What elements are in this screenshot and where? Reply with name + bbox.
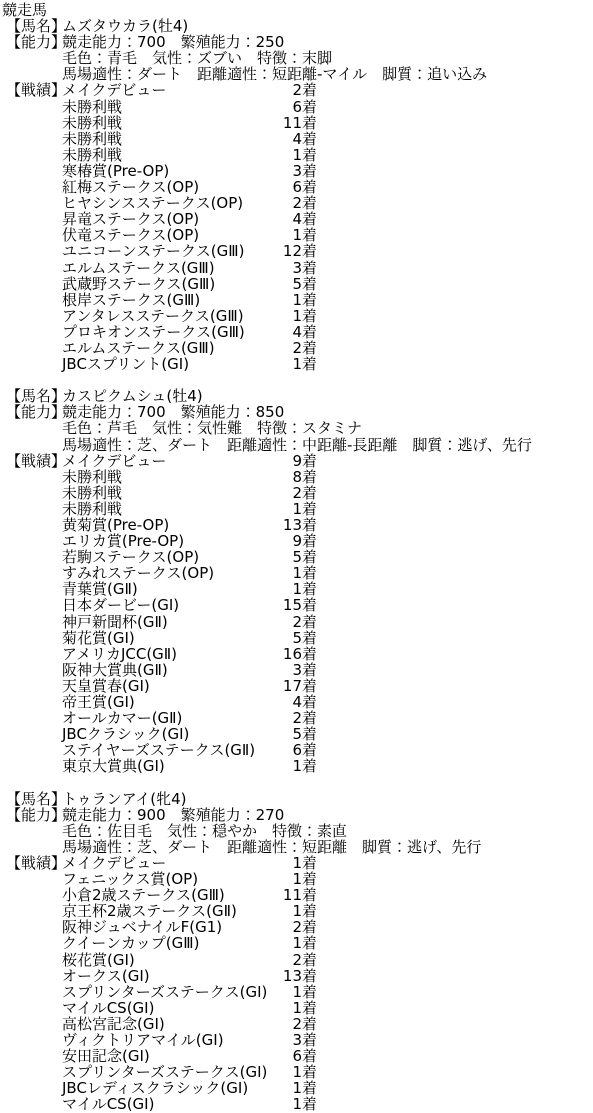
race-result: 5着 — [292, 726, 317, 742]
race-row-inner: メイクデビュー9着 — [62, 453, 317, 469]
race-row-inner: 若駒ステークス(OP)5着 — [62, 549, 317, 565]
race-name: 未勝利戦 — [62, 115, 122, 131]
race-result: 1着 — [292, 356, 317, 372]
race-result: 17着 — [283, 678, 317, 694]
race-name: マイルCS(GⅠ) — [62, 1000, 154, 1016]
race-row: フェニックス賞(OP)1着 — [2, 871, 593, 887]
race-row-inner: ヴィクトリアマイル(GⅠ)3着 — [62, 1032, 317, 1048]
race-row: オールカマー(GⅡ)2着 — [2, 710, 593, 726]
race-result: 9着 — [292, 533, 317, 549]
race-row: スプリンターズステークス(GⅠ)1着 — [2, 1064, 593, 1080]
field-label-name: 【馬名】 — [6, 791, 66, 807]
race-row: マイルCS(GⅠ)1着 — [2, 1096, 593, 1112]
race-name: 未勝利戦 — [62, 99, 122, 115]
race-row: JBCスプリント(GⅠ)1着 — [2, 356, 593, 372]
race-result: 4着 — [292, 694, 317, 710]
race-row-inner: 黄菊賞(Pre-OP)13着 — [62, 517, 317, 533]
race-row-inner: エルムステークス(GⅢ)2着 — [62, 340, 317, 356]
race-name: 菊花賞(GⅠ) — [62, 630, 135, 646]
race-name: 未勝利戦 — [62, 147, 122, 163]
race-name: 安田記念(GⅠ) — [62, 1048, 150, 1064]
field-label-ability: 【能力】 — [6, 807, 66, 823]
race-name: スプリンターズステークス(GⅠ) — [62, 984, 267, 1000]
race-name: 黄菊賞(Pre-OP) — [62, 517, 169, 533]
race-row-inner: クイーンカップ(GⅢ)1着 — [62, 935, 317, 951]
race-row: 未勝利戦1着 — [2, 147, 593, 163]
race-name: 若駒ステークス(OP) — [62, 549, 199, 565]
race-result: 4着 — [292, 211, 317, 227]
horse-section: 【馬名】カスピクムシュ(牡4)【能力】競走能力：700 繁殖能力：850毛色：芦… — [2, 388, 593, 774]
race-row: 【戦績】メイクデビュー2着 — [2, 82, 593, 98]
race-row: JBCクラシック(GⅠ)5着 — [2, 726, 593, 742]
horse-traits-line: 毛色：青毛 気性：ズブい 特徴：末脚 — [2, 50, 593, 66]
race-result: 1着 — [292, 565, 317, 581]
race-row: ヴィクトリアマイル(GⅠ)3着 — [2, 1032, 593, 1048]
race-row-inner: 桜花賞(GⅠ)2着 — [62, 952, 317, 968]
race-result: 1着 — [292, 855, 317, 871]
race-row-inner: すみれステークス(OP)1着 — [62, 565, 317, 581]
race-result: 1着 — [292, 501, 317, 517]
race-row-inner: 高松宮記念(GⅠ)2着 — [62, 1016, 317, 1032]
race-row-inner: オークス(GⅠ)13着 — [62, 968, 317, 984]
race-name: 天皇賞春(GⅠ) — [62, 678, 150, 694]
race-row: スプリンターズステークス(GⅠ)1着 — [2, 984, 593, 1000]
race-result: 1着 — [292, 903, 317, 919]
race-result: 2着 — [292, 485, 317, 501]
race-name: ヒヤシンスステークス(OP) — [62, 195, 243, 211]
race-row: 日本ダービー(GⅠ)15着 — [2, 597, 593, 613]
race-result: 9着 — [292, 453, 317, 469]
field-label-ability: 【能力】 — [6, 34, 66, 50]
race-row-inner: スプリンターズステークス(GⅠ)1着 — [62, 1064, 317, 1080]
race-row: 阪神大賞典(GⅡ)3着 — [2, 662, 593, 678]
race-result: 1着 — [292, 1080, 317, 1096]
race-row: アンタレスステークス(GⅢ)1着 — [2, 308, 593, 324]
race-row: 東京大賞典(GⅠ)1着 — [2, 758, 593, 774]
race-result: 2着 — [292, 195, 317, 211]
horse-section: 【馬名】トゥランアイ(牝4)【能力】競走能力：900 繁殖能力：270毛色：佐目… — [2, 791, 593, 1113]
race-row-inner: 未勝利戦11着 — [62, 115, 317, 131]
race-row-inner: 神戸新聞杯(GⅡ)2着 — [62, 614, 317, 630]
race-result: 1着 — [292, 147, 317, 163]
race-name: 根岸ステークス(GⅢ) — [62, 292, 200, 308]
race-row-inner: ヒヤシンスステークス(OP)2着 — [62, 195, 317, 211]
horse-traits-line: 毛色：芦毛 気性：気性難 特徴：スタミナ — [2, 420, 593, 436]
race-result: 2着 — [292, 952, 317, 968]
race-row-inner: ユニコーンステークス(GⅢ)12着 — [62, 243, 317, 259]
race-result: 4着 — [292, 324, 317, 340]
race-name: ステイヤーズステークス(GⅡ) — [62, 742, 255, 758]
race-row-inner: 寒椿賞(Pre-OP)3着 — [62, 163, 317, 179]
race-row-inner: 紅梅ステークス(OP)6着 — [62, 179, 317, 195]
race-result: 1着 — [292, 308, 317, 324]
race-result: 5着 — [292, 630, 317, 646]
race-row: すみれステークス(OP)1着 — [2, 565, 593, 581]
race-row-inner: 未勝利戦6着 — [62, 99, 317, 115]
race-name: 神戸新聞杯(GⅡ) — [62, 614, 168, 630]
race-row-inner: 東京大賞典(GⅠ)1着 — [62, 758, 317, 774]
horse-aptitude-line: 馬場適性：ダート 距離適性：短距離-マイル 脚質：追い込み — [2, 66, 593, 82]
field-label-name: 【馬名】 — [6, 388, 66, 404]
race-row: 神戸新聞杯(GⅡ)2着 — [2, 614, 593, 630]
race-name: 未勝利戦 — [62, 131, 122, 147]
race-result: 1着 — [292, 227, 317, 243]
race-result: 3着 — [292, 662, 317, 678]
race-row: 根岸ステークス(GⅢ)1着 — [2, 292, 593, 308]
race-name: 京王杯2歳ステークス(GⅡ) — [62, 903, 237, 919]
race-row-inner: 日本ダービー(GⅠ)15着 — [62, 597, 317, 613]
race-name: ユニコーンステークス(GⅢ) — [62, 243, 244, 259]
race-result: 2着 — [292, 340, 317, 356]
horse-aptitude: 馬場適性：芝、ダート 距離適性：中距離-長距離 脚質：逃げ、先行 — [62, 436, 532, 454]
horse-ability-line: 【能力】競走能力：900 繁殖能力：270 — [2, 807, 593, 823]
race-name: すみれステークス(OP) — [62, 565, 214, 581]
race-row-inner: 未勝利戦8着 — [62, 469, 317, 485]
race-name: エルムステークス(GⅢ) — [62, 340, 215, 356]
race-result: 2着 — [292, 919, 317, 935]
race-result: 1着 — [292, 292, 317, 308]
race-result: 2着 — [292, 710, 317, 726]
race-name: ヴィクトリアマイル(GⅠ) — [62, 1032, 224, 1048]
race-row-inner: アメリカJCC(GⅡ)16着 — [62, 646, 317, 662]
race-row-inner: メイクデビュー2着 — [62, 82, 317, 98]
race-result: 13着 — [283, 517, 317, 533]
race-name: 寒椿賞(Pre-OP) — [62, 163, 169, 179]
race-row: 未勝利戦1着 — [2, 501, 593, 517]
race-row: 若駒ステークス(OP)5着 — [2, 549, 593, 565]
section-separator — [2, 372, 593, 388]
race-row-inner: 天皇賞春(GⅠ)17着 — [62, 678, 317, 694]
race-row: 桜花賞(GⅠ)2着 — [2, 952, 593, 968]
field-label-record: 【戦績】 — [6, 855, 66, 871]
race-row: オークス(GⅠ)13着 — [2, 968, 593, 984]
race-result: 13着 — [283, 968, 317, 984]
race-name: 紅梅ステークス(OP) — [62, 179, 199, 195]
race-result: 1着 — [292, 935, 317, 951]
race-name: メイクデビュー — [62, 453, 166, 469]
race-result: 1着 — [292, 1000, 317, 1016]
race-name: マイルCS(GⅠ) — [62, 1096, 154, 1112]
race-result: 4着 — [292, 131, 317, 147]
race-name: 未勝利戦 — [62, 485, 122, 501]
race-row: 未勝利戦4着 — [2, 131, 593, 147]
horse-traits-line: 毛色：佐目毛 気性：穏やか 特徴：素直 — [2, 823, 593, 839]
race-result: 1着 — [292, 984, 317, 1000]
race-name: 阪神大賞典(GⅡ) — [62, 662, 168, 678]
race-result: 6着 — [292, 179, 317, 195]
race-row: エルムステークス(GⅢ)3着 — [2, 260, 593, 276]
race-result: 11着 — [283, 115, 317, 131]
race-name: オールカマー(GⅡ) — [62, 710, 182, 726]
race-result: 6着 — [292, 742, 317, 758]
race-row: ヒヤシンスステークス(OP)2着 — [2, 195, 593, 211]
race-result: 1着 — [292, 871, 317, 887]
race-row-inner: 未勝利戦4着 — [62, 131, 317, 147]
race-result: 3着 — [292, 260, 317, 276]
race-name: 桜花賞(GⅠ) — [62, 952, 135, 968]
race-row: 【戦績】メイクデビュー1着 — [2, 855, 593, 871]
race-row-inner: 京王杯2歳ステークス(GⅡ)1着 — [62, 903, 317, 919]
race-row: 青葉賞(GⅡ)1着 — [2, 581, 593, 597]
race-row-inner: 菊花賞(GⅠ)5着 — [62, 630, 317, 646]
horse-name-line: 【馬名】カスピクムシュ(牡4) — [2, 388, 593, 404]
race-row-inner: 未勝利戦1着 — [62, 147, 317, 163]
race-row: アメリカJCC(GⅡ)16着 — [2, 646, 593, 662]
race-result: 6着 — [292, 1048, 317, 1064]
race-row-inner: 阪神大賞典(GⅡ)3着 — [62, 662, 317, 678]
race-result: 6着 — [292, 99, 317, 115]
horse-aptitude-line: 馬場適性：芝、ダート 距離適性：短距離 脚質：逃げ、先行 — [2, 839, 593, 855]
race-name: アメリカJCC(GⅡ) — [62, 646, 177, 662]
race-row: 帝王賞(GⅠ)4着 — [2, 694, 593, 710]
race-row-inner: ステイヤーズステークス(GⅡ)6着 — [62, 742, 317, 758]
race-name: 日本ダービー(GⅠ) — [62, 597, 179, 613]
race-result: 2着 — [292, 1016, 317, 1032]
race-row: 天皇賞春(GⅠ)17着 — [2, 678, 593, 694]
race-row-inner: オールカマー(GⅡ)2着 — [62, 710, 317, 726]
horse-ability-line: 【能力】競走能力：700 繁殖能力：250 — [2, 34, 593, 50]
race-row: マイルCS(GⅠ)1着 — [2, 1000, 593, 1016]
horse-ability-line: 【能力】競走能力：700 繁殖能力：850 — [2, 404, 593, 420]
horse-aptitude-line: 馬場適性：芝、ダート 距離適性：中距離-長距離 脚質：逃げ、先行 — [2, 437, 593, 453]
race-name: JBCレディスクラシック(GⅠ) — [62, 1080, 248, 1096]
race-row-inner: プロキオンステークス(GⅢ)4着 — [62, 324, 317, 340]
race-row: ステイヤーズステークス(GⅡ)6着 — [2, 742, 593, 758]
race-row-inner: アンタレスステークス(GⅢ)1着 — [62, 308, 317, 324]
race-row-inner: 武蔵野ステークス(GⅢ)5着 — [62, 276, 317, 292]
race-row: 阪神ジュベナイルF(G1)2着 — [2, 919, 593, 935]
race-name: 昇竜ステークス(OP) — [62, 211, 199, 227]
race-result: 11着 — [283, 887, 317, 903]
race-result: 3着 — [292, 163, 317, 179]
race-name: アンタレスステークス(GⅢ) — [62, 308, 244, 324]
race-row-inner: 小倉2歳ステークス(GⅢ)11着 — [62, 887, 317, 903]
race-row-inner: エルムステークス(GⅢ)3着 — [62, 260, 317, 276]
race-row-inner: 未勝利戦1着 — [62, 501, 317, 517]
race-name: クイーンカップ(GⅢ) — [62, 935, 199, 951]
race-row-inner: JBCスプリント(GⅠ)1着 — [62, 356, 317, 372]
race-name: 小倉2歳ステークス(GⅢ) — [62, 887, 225, 903]
race-name: プロキオンステークス(GⅢ) — [62, 324, 245, 340]
race-row: 未勝利戦6着 — [2, 99, 593, 115]
race-name: 阪神ジュベナイルF(G1) — [62, 919, 222, 935]
race-result: 1着 — [292, 581, 317, 597]
race-result: 2着 — [292, 82, 317, 98]
race-row: エリカ賞(Pre-OP)9着 — [2, 533, 593, 549]
field-label-record: 【戦績】 — [6, 453, 66, 469]
race-name: 帝王賞(GⅠ) — [62, 694, 135, 710]
horse-name-line: 【馬名】ムズタウカラ(牡4) — [2, 18, 593, 34]
race-result: 16着 — [283, 646, 317, 662]
race-row: 未勝利戦11着 — [2, 115, 593, 131]
race-row-inner: 昇竜ステークス(OP)4着 — [62, 211, 317, 227]
race-row: 寒椿賞(Pre-OP)3着 — [2, 163, 593, 179]
race-name: 未勝利戦 — [62, 501, 122, 517]
race-row: 京王杯2歳ステークス(GⅡ)1着 — [2, 903, 593, 919]
race-row: 小倉2歳ステークス(GⅢ)11着 — [2, 887, 593, 903]
race-row-inner: JBCクラシック(GⅠ)5着 — [62, 726, 317, 742]
race-row-inner: 青葉賞(GⅡ)1着 — [62, 581, 317, 597]
horse-name-line: 【馬名】トゥランアイ(牝4) — [2, 791, 593, 807]
race-row: プロキオンステークス(GⅢ)4着 — [2, 324, 593, 340]
field-label-ability: 【能力】 — [6, 404, 66, 420]
page-title: 競走馬 — [2, 2, 593, 18]
race-result: 1着 — [292, 1096, 317, 1112]
race-row: 【戦績】メイクデビュー9着 — [2, 453, 593, 469]
race-name: エリカ賞(Pre-OP) — [62, 533, 184, 549]
race-row-inner: フェニックス賞(OP)1着 — [62, 871, 317, 887]
race-name: JBCクラシック(GⅠ) — [62, 726, 189, 742]
race-row: クイーンカップ(GⅢ)1着 — [2, 935, 593, 951]
race-result: 15着 — [283, 597, 317, 613]
race-row-inner: マイルCS(GⅠ)1着 — [62, 1000, 317, 1016]
race-name: JBCスプリント(GⅠ) — [62, 356, 189, 372]
race-row: 未勝利戦8着 — [2, 469, 593, 485]
race-name: 青葉賞(GⅡ) — [62, 581, 138, 597]
race-row: 紅梅ステークス(OP)6着 — [2, 179, 593, 195]
race-name: オークス(GⅠ) — [62, 968, 150, 984]
race-result: 1着 — [292, 758, 317, 774]
race-row: 武蔵野ステークス(GⅢ)5着 — [2, 276, 593, 292]
race-result: 12着 — [283, 243, 317, 259]
race-result: 8着 — [292, 469, 317, 485]
race-row-inner: 伏竜ステークス(OP)1着 — [62, 227, 317, 243]
race-row-inner: 帝王賞(GⅠ)4着 — [62, 694, 317, 710]
race-row-inner: 根岸ステークス(GⅢ)1着 — [62, 292, 317, 308]
race-row: ユニコーンステークス(GⅢ)12着 — [2, 243, 593, 259]
race-row-inner: 未勝利戦2着 — [62, 485, 317, 501]
race-row-inner: JBCレディスクラシック(GⅠ)1着 — [62, 1080, 317, 1096]
field-label-record: 【戦績】 — [6, 82, 66, 98]
field-label-name: 【馬名】 — [6, 18, 66, 34]
race-row: JBCレディスクラシック(GⅠ)1着 — [2, 1080, 593, 1096]
race-result: 3着 — [292, 1032, 317, 1048]
race-name: フェニックス賞(OP) — [62, 871, 198, 887]
race-row-inner: 安田記念(GⅠ)6着 — [62, 1048, 317, 1064]
race-row-inner: 阪神ジュベナイルF(G1)2着 — [62, 919, 317, 935]
race-row-inner: マイルCS(GⅠ)1着 — [62, 1096, 317, 1112]
document: 競走馬 【馬名】ムズタウカラ(牡4)【能力】競走能力：700 繁殖能力：250毛… — [0, 0, 593, 1112]
race-row: 未勝利戦2着 — [2, 485, 593, 501]
race-row: エルムステークス(GⅢ)2着 — [2, 340, 593, 356]
race-name: 武蔵野ステークス(GⅢ) — [62, 276, 215, 292]
race-result: 1着 — [292, 1064, 317, 1080]
race-row: 黄菊賞(Pre-OP)13着 — [2, 517, 593, 533]
race-name: 未勝利戦 — [62, 469, 122, 485]
horse-section: 【馬名】ムズタウカラ(牡4)【能力】競走能力：700 繁殖能力：250毛色：青毛… — [2, 18, 593, 372]
race-name: 高松宮記念(GⅠ) — [62, 1016, 165, 1032]
race-row-inner: メイクデビュー1着 — [62, 855, 317, 871]
race-row-inner: スプリンターズステークス(GⅠ)1着 — [62, 984, 317, 1000]
race-row: 高松宮記念(GⅠ)2着 — [2, 1016, 593, 1032]
race-result: 5着 — [292, 276, 317, 292]
race-name: エルムステークス(GⅢ) — [62, 260, 215, 276]
race-result: 2着 — [292, 614, 317, 630]
race-name: 東京大賞典(GⅠ) — [62, 758, 165, 774]
horse-list: 【馬名】ムズタウカラ(牡4)【能力】競走能力：700 繁殖能力：250毛色：青毛… — [2, 18, 593, 1112]
race-row-inner: エリカ賞(Pre-OP)9着 — [62, 533, 317, 549]
race-row: 安田記念(GⅠ)6着 — [2, 1048, 593, 1064]
race-name: スプリンターズステークス(GⅠ) — [62, 1064, 267, 1080]
race-row: 菊花賞(GⅠ)5着 — [2, 630, 593, 646]
race-name: メイクデビュー — [62, 855, 166, 871]
race-row: 昇竜ステークス(OP)4着 — [2, 211, 593, 227]
race-name: 伏竜ステークス(OP) — [62, 227, 199, 243]
race-name: メイクデビュー — [62, 82, 166, 98]
section-separator — [2, 775, 593, 791]
race-result: 5着 — [292, 549, 317, 565]
race-row: 伏竜ステークス(OP)1着 — [2, 227, 593, 243]
